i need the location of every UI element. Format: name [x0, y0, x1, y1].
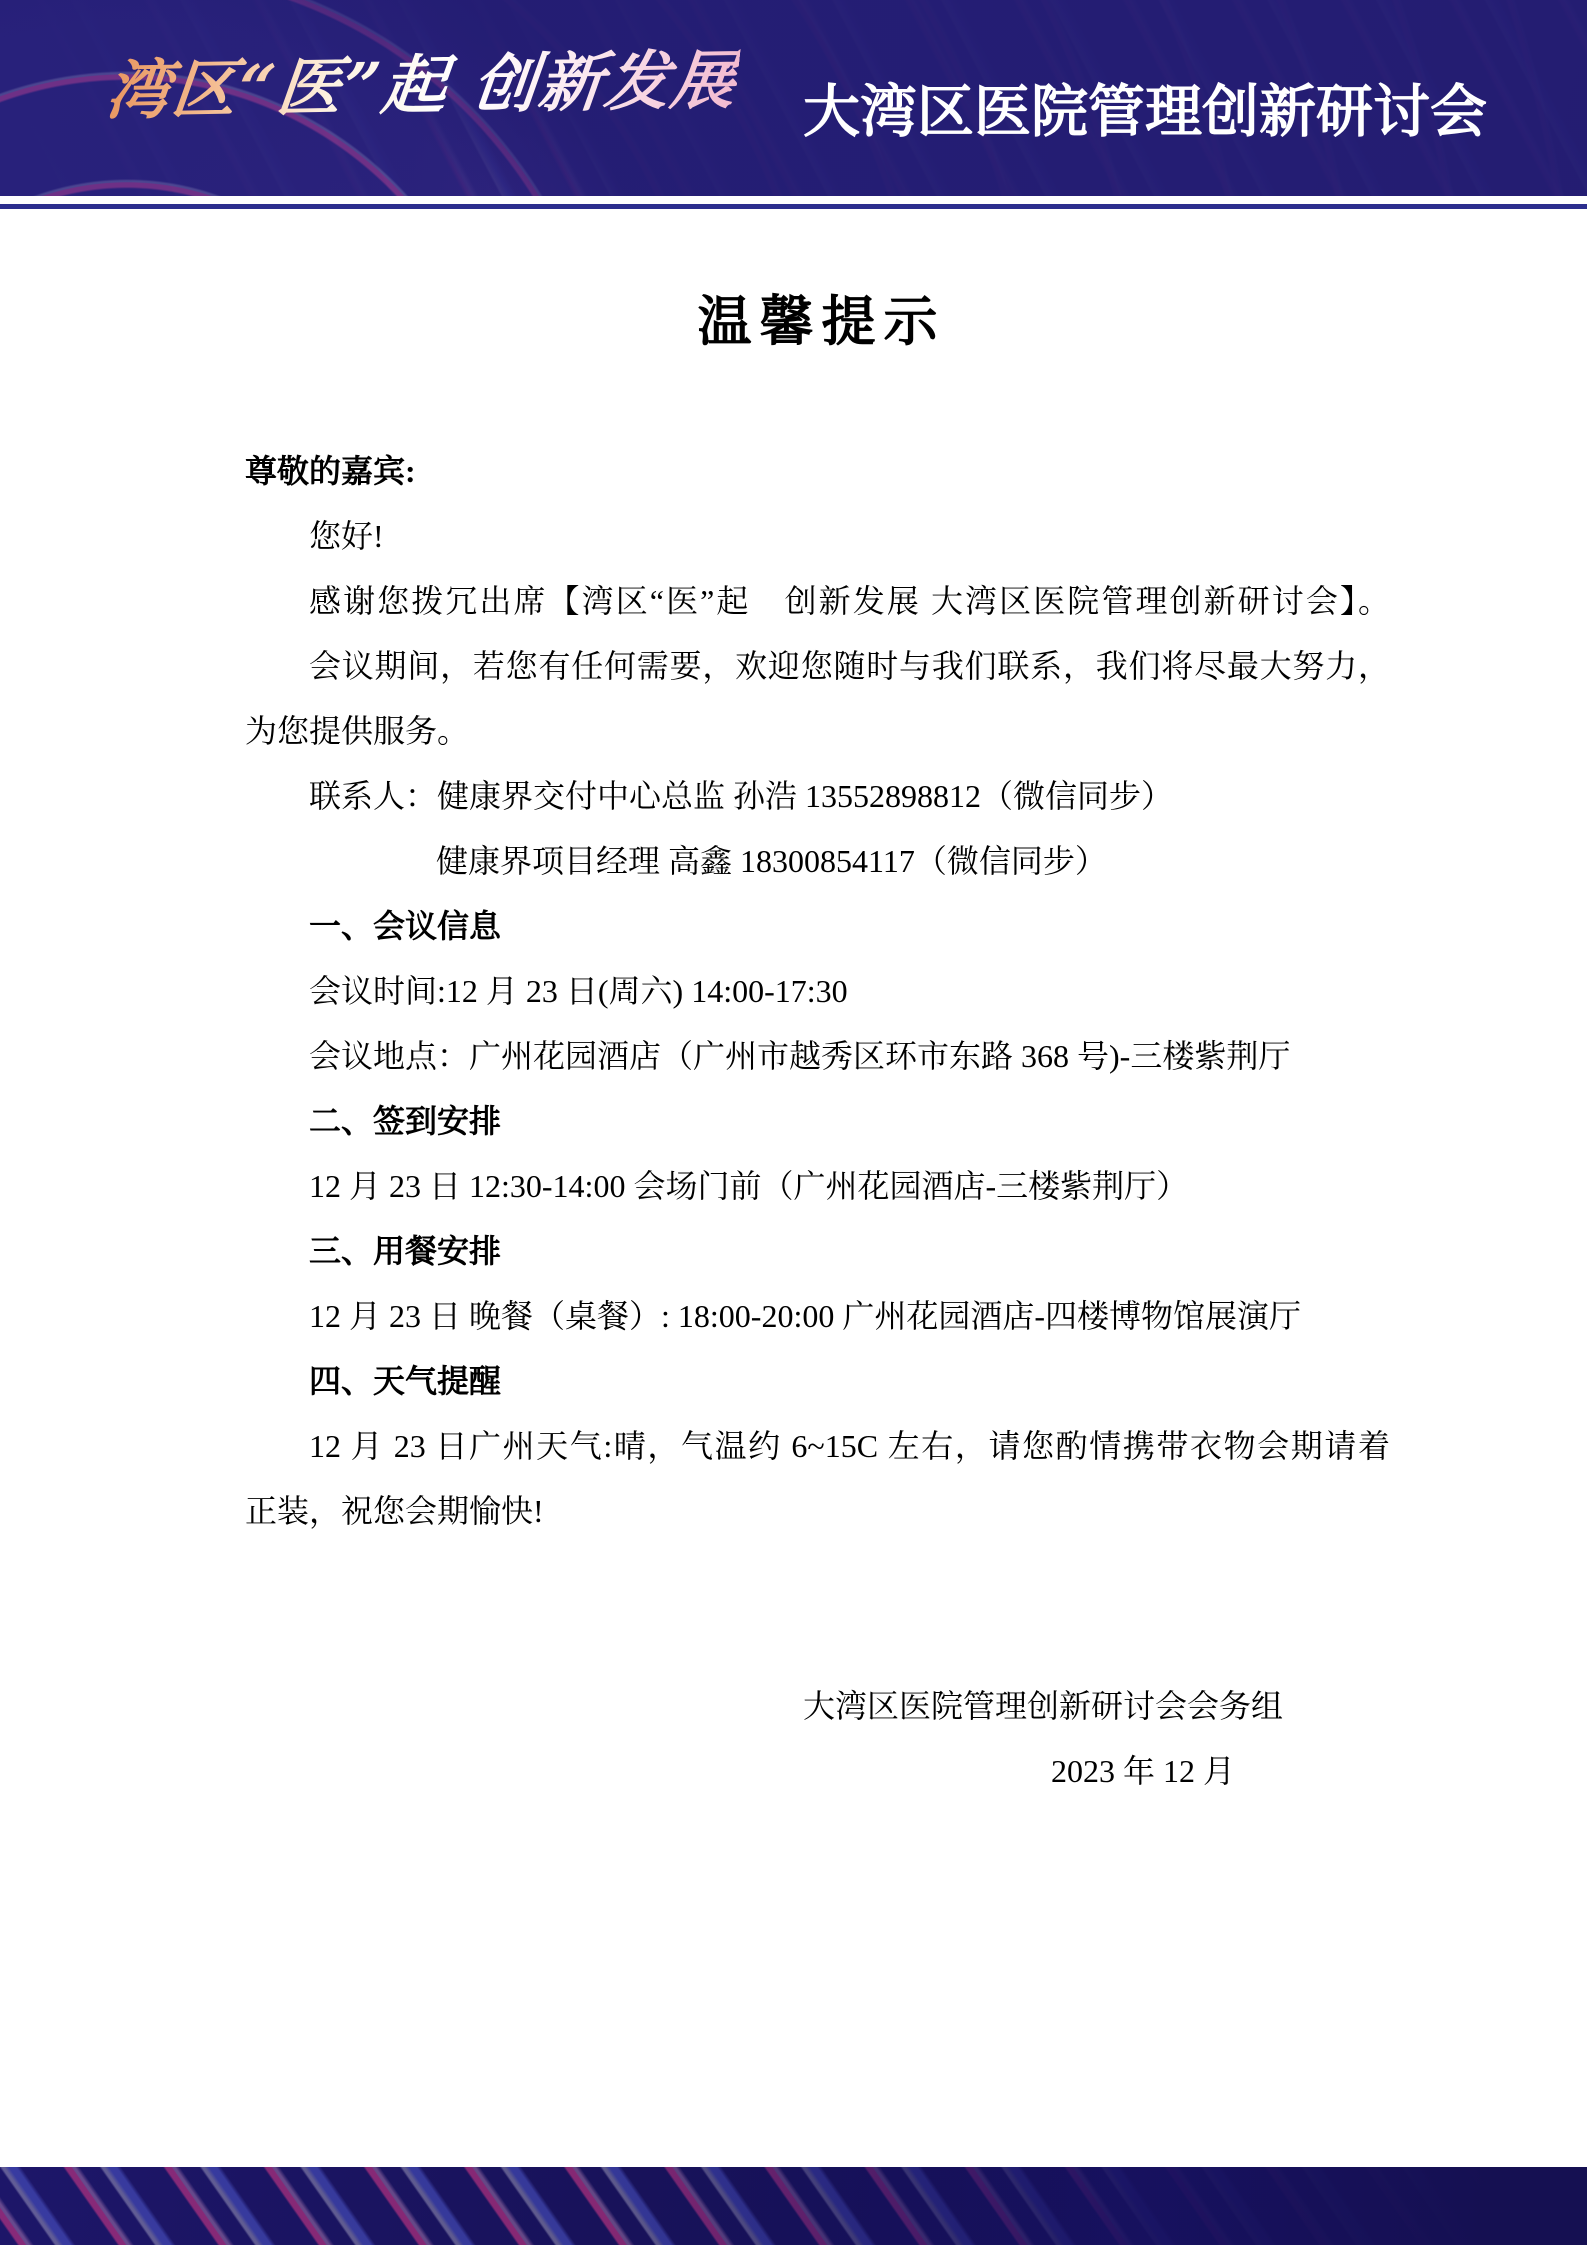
notice-title: 温馨提示 [245, 291, 1390, 353]
event-banner: 湾区“医”起 创新发展 大湾区医院管理创新研讨会 [0, 0, 1587, 196]
notice-line: 会议期间，若您有任何需要，欢迎您随时与我们联系，我们将尽最大努力， [245, 634, 1390, 699]
section-heading: 四、天气提醒 [245, 1349, 1390, 1414]
section-heading: 三、用餐安排 [245, 1219, 1390, 1284]
signature-org: 大湾区医院管理创新研讨会会务组 [245, 1674, 1390, 1739]
notice-line: 感谢您拨冗出席【湾区“医”起 创新发展 大湾区医院管理创新研讨会】。 [245, 569, 1390, 634]
banner-event-title: 大湾区医院管理创新研讨会 [803, 82, 1487, 142]
section-heading: 二、签到安排 [245, 1089, 1390, 1154]
notice-line: 健康界项目经理 高鑫 18300854117（微信同步） [245, 829, 1390, 894]
notice-line: 12 月 23 日 12:30-14:00 会场门前（广州花园酒店-三楼紫荆厅） [245, 1154, 1390, 1219]
notice-content: 尊敬的嘉宾:您好!感谢您拨冗出席【湾区“医”起 创新发展 大湾区医院管理创新研讨… [245, 439, 1390, 1544]
notice-page: 湾区“医”起 创新发展 大湾区医院管理创新研讨会 温馨提示 尊敬的嘉宾:您好!感… [0, 0, 1587, 2245]
notice-line: 会议地点：广州花园酒店（广州市越秀区环市东路 368 号)-三楼紫荆厅 [245, 1024, 1390, 1089]
signature-block: 大湾区医院管理创新研讨会会务组 2023 年 12 月 [245, 1674, 1390, 1804]
notice-line: 您好! [245, 504, 1390, 569]
header-divider [0, 204, 1587, 209]
signature-date: 2023 年 12 月 [245, 1739, 1390, 1804]
notice-line: 联系人：健康界交付中心总监 孙浩 13552898812（微信同步） [245, 764, 1390, 829]
notice-line: 为您提供服务。 [245, 699, 1390, 764]
notice-document: 温馨提示 尊敬的嘉宾:您好!感谢您拨冗出席【湾区“医”起 创新发展 大湾区医院管… [0, 291, 1587, 1804]
notice-line: 正装，祝您会期愉快! [245, 1479, 1390, 1544]
section-heading: 一、会议信息 [245, 894, 1390, 959]
banner-slogan-calligraphy: 湾区“医”起 创新发展 [100, 25, 743, 148]
footer-decoration [0, 2167, 1587, 2245]
notice-line: 会议时间:12 月 23 日(周六) 14:00-17:30 [245, 959, 1390, 1024]
notice-line: 12 月 23 日 晚餐（桌餐）: 18:00-20:00 广州花园酒店-四楼博… [245, 1284, 1390, 1349]
salutation-line: 尊敬的嘉宾: [245, 439, 1390, 504]
notice-line: 12 月 23 日广州天气:晴，气温约 6~15C 左右，请您酌情携带衣物会期请… [245, 1414, 1390, 1479]
